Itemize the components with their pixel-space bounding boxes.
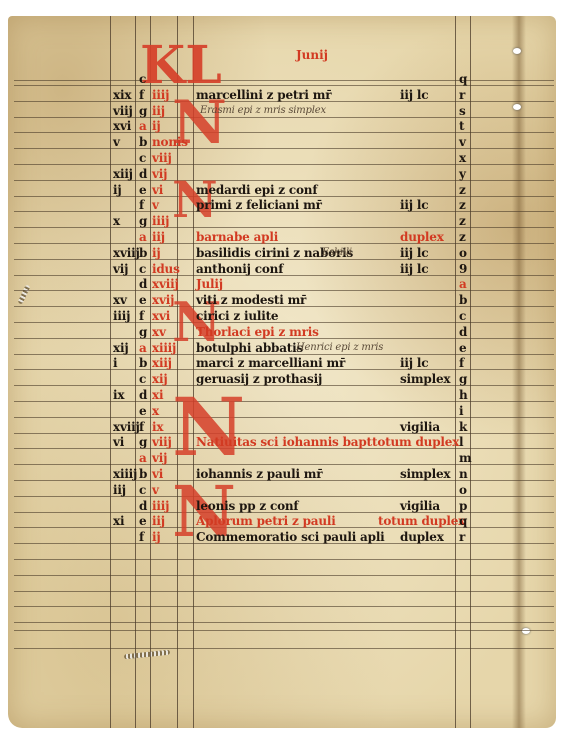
letter-column: q xyxy=(459,72,467,86)
roman-date: x xyxy=(152,404,159,418)
golden-number: i xyxy=(113,356,117,370)
dominical-letter: a xyxy=(139,451,147,465)
ruling-line xyxy=(14,622,554,623)
feast-rank: iij lc xyxy=(400,356,428,370)
ruling-line xyxy=(14,180,554,181)
golden-number: ij xyxy=(113,183,122,197)
binding-hole xyxy=(513,104,521,110)
feast-entry: Julij xyxy=(196,277,223,291)
ruling-line xyxy=(14,322,554,323)
roman-date: vij xyxy=(152,451,167,465)
dominical-letter: e xyxy=(139,293,146,307)
roman-date: ij xyxy=(152,119,161,133)
letter-column: h xyxy=(459,388,468,402)
binding-hole xyxy=(513,48,521,54)
dominical-letter: e xyxy=(139,183,146,197)
ruling-line xyxy=(14,559,554,560)
roman-date: v xyxy=(152,483,159,497)
dominical-letter: b xyxy=(139,467,147,481)
ruling-line xyxy=(14,496,554,497)
dominical-letter: b xyxy=(139,135,147,149)
letter-column: z xyxy=(459,214,466,228)
ruling-line xyxy=(14,80,554,81)
letter-column: b xyxy=(459,293,467,307)
letter-column: m xyxy=(459,451,472,465)
roman-date: xi xyxy=(152,388,163,402)
feast-entry: iohannis z pauli mr̄ xyxy=(196,467,322,481)
dominical-letter: g xyxy=(139,435,147,449)
letter-column: q xyxy=(459,514,467,528)
decorated-initial: N xyxy=(172,380,245,474)
roman-date: iij xyxy=(152,104,165,118)
ruling-line xyxy=(14,132,554,133)
letter-column: p xyxy=(459,499,467,513)
feast-entry: Commemoratio sci pauli apli xyxy=(196,530,385,544)
letter-column: s xyxy=(459,104,466,118)
feast-entry: marcellini z petri mr̄ xyxy=(196,88,331,102)
golden-number: iiij xyxy=(113,309,130,323)
ruling-line xyxy=(135,16,136,728)
roman-date: vij xyxy=(152,167,167,181)
letter-column: o xyxy=(459,483,467,497)
golden-number: vij xyxy=(113,262,128,276)
roman-date: ij xyxy=(152,530,161,544)
ruling-line xyxy=(14,630,554,631)
roman-date: viij xyxy=(152,435,172,449)
ruling-line xyxy=(14,417,554,418)
ruling-line xyxy=(14,243,554,244)
golden-number: xv xyxy=(113,293,127,307)
dominical-letter: c xyxy=(139,151,146,165)
dominical-letter: a xyxy=(139,230,147,244)
letter-column: o xyxy=(459,246,467,260)
feast-rank: iij lc xyxy=(400,198,428,212)
dominical-letter: e xyxy=(139,514,146,528)
ruling-line xyxy=(14,575,554,576)
feast-rank: iij lc xyxy=(400,88,428,102)
letter-column: c xyxy=(459,309,466,323)
dominical-letter: b xyxy=(139,356,147,370)
dominical-letter: d xyxy=(139,277,147,291)
roman-date: idus xyxy=(152,262,180,276)
ruling-line xyxy=(14,433,554,434)
golden-number: xix xyxy=(113,88,131,102)
dominical-letter: c xyxy=(139,372,146,386)
dominical-letter: f xyxy=(139,309,144,323)
kl-initial: KL xyxy=(140,40,222,92)
dominical-letter: d xyxy=(139,499,147,513)
ruling-line xyxy=(110,16,111,728)
binding-hole xyxy=(522,628,530,634)
letter-column: e xyxy=(459,341,466,355)
letter-column: a xyxy=(459,277,467,291)
ruling-line xyxy=(14,401,554,402)
ruling-line xyxy=(14,148,554,149)
golden-number: iij xyxy=(113,483,126,497)
marginal-note: Erasmi epi z mris simplex xyxy=(200,104,326,118)
roman-date: vi xyxy=(152,467,163,481)
feast-entry: marci z marcelliani mr̄ xyxy=(196,356,345,370)
dominical-letter: f xyxy=(139,88,144,102)
dominical-letter: f xyxy=(139,420,144,434)
golden-number: x xyxy=(113,214,120,228)
letter-column: v xyxy=(459,135,466,149)
letter-column: y xyxy=(459,167,466,181)
roman-date: ix xyxy=(152,420,163,434)
dominical-letter: c xyxy=(139,483,146,497)
roman-date: iiij xyxy=(152,499,169,513)
golden-number: xviij xyxy=(113,420,140,434)
dominical-letter: g xyxy=(139,104,147,118)
feast-entry: geruasij z prothasij xyxy=(196,372,322,386)
roman-date: viij xyxy=(152,151,172,165)
feast-rank: iij lc xyxy=(400,262,428,276)
feast-rank: totum duplex xyxy=(372,435,459,449)
marginal-note: Henrici epi z mris xyxy=(296,341,383,355)
roman-date: xv xyxy=(152,325,166,339)
month-heading: Junij xyxy=(296,48,328,62)
golden-number: ix xyxy=(113,388,124,402)
ruling-line xyxy=(14,591,554,592)
feast-entry: Thorlaci epi z mris xyxy=(196,325,319,339)
feast-rank: iij lc xyxy=(400,246,428,260)
dominical-letter: d xyxy=(139,167,147,181)
letter-column: n xyxy=(459,467,468,481)
dominical-letter: f xyxy=(139,198,144,212)
golden-number: xi xyxy=(113,514,124,528)
dominical-letter: b xyxy=(139,246,147,260)
dominical-letter: f xyxy=(139,530,144,544)
ruling-line xyxy=(14,606,554,607)
feast-entry: viti z modesti mr̄ xyxy=(196,293,306,307)
dominical-letter: a xyxy=(139,341,147,355)
feast-entry: Aplorum petri z pauli xyxy=(196,514,336,528)
feast-entry: barnabe apli xyxy=(196,230,278,244)
ruling-line xyxy=(470,16,471,728)
dominical-letter: a xyxy=(139,119,147,133)
roman-date: ij xyxy=(152,246,161,260)
letter-column: x xyxy=(459,151,466,165)
roman-date: vi xyxy=(152,183,163,197)
letter-column: i xyxy=(459,404,463,418)
ruling-line xyxy=(14,648,554,649)
letter-column: z xyxy=(459,230,466,244)
roman-date: xiiij xyxy=(152,341,176,355)
letter-column: g xyxy=(459,372,467,386)
marginal-note: Eskilli xyxy=(322,246,352,260)
letter-column: l xyxy=(459,435,463,449)
letter-column: t xyxy=(459,119,464,133)
roman-date: iij xyxy=(152,514,165,528)
roman-date: iiij xyxy=(152,214,169,228)
letter-column: r xyxy=(459,88,465,102)
roman-date: xvij xyxy=(152,293,174,307)
dominical-letter: c xyxy=(139,72,146,86)
letter-column: r xyxy=(459,530,465,544)
letter-column: z xyxy=(459,198,466,212)
roman-date: iij xyxy=(152,230,165,244)
letter-column: d xyxy=(459,325,467,339)
golden-number: viij xyxy=(113,104,133,118)
letter-column: f xyxy=(459,356,464,370)
feast-rank: vigilia xyxy=(400,499,440,513)
dominical-letter: g xyxy=(139,214,147,228)
ruling-line xyxy=(14,164,554,165)
ruling-line xyxy=(14,290,554,291)
roman-date: xviij xyxy=(152,277,179,291)
golden-number: xiiij xyxy=(113,467,137,481)
feast-entry: primi z feliciani mr̄ xyxy=(196,198,322,212)
ruling-line xyxy=(14,275,554,276)
roman-date: xvi xyxy=(152,309,170,323)
letter-column: k xyxy=(459,420,467,434)
feast-entry: Natiuitas sci iohannis bapt xyxy=(196,435,372,449)
golden-number: xij xyxy=(113,341,128,355)
feast-entry: cirici z iulite xyxy=(196,309,278,323)
golden-number: v xyxy=(113,135,120,149)
ruling-line xyxy=(455,16,456,728)
feast-rank: totum duplex xyxy=(378,514,465,528)
roman-date: xij xyxy=(152,372,167,386)
feast-rank: duplex xyxy=(400,530,444,544)
golden-number: vi xyxy=(113,435,124,449)
ruling-line xyxy=(14,85,554,86)
feast-rank: vigilia xyxy=(400,420,440,434)
ruling-line xyxy=(14,464,554,465)
roman-date: v xyxy=(152,198,159,212)
feast-rank: simplex xyxy=(400,467,450,481)
feast-entry: botulphi abbatis xyxy=(196,341,303,355)
letter-column: 9 xyxy=(459,262,467,276)
ruling-line xyxy=(150,16,151,728)
roman-date: iiij xyxy=(152,88,169,102)
dominical-letter: g xyxy=(139,325,147,339)
golden-number: xviij xyxy=(113,246,140,260)
feast-rank: simplex xyxy=(400,372,450,386)
roman-date: nonis xyxy=(152,135,188,149)
dominical-letter: d xyxy=(139,388,147,402)
feast-rank: duplex xyxy=(400,230,444,244)
golden-number: xiij xyxy=(113,167,133,181)
letter-column: z xyxy=(459,183,466,197)
feast-entry: anthonij conf xyxy=(196,262,283,276)
feast-entry: medardi epi z conf xyxy=(196,183,317,197)
dominical-letter: c xyxy=(139,262,146,276)
golden-number: xvi xyxy=(113,119,131,133)
roman-date: xiij xyxy=(152,356,172,370)
feast-entry: leonis pp z conf xyxy=(196,499,298,513)
ruling-line xyxy=(14,227,554,228)
binding-gutter xyxy=(512,16,526,728)
dominical-letter: e xyxy=(139,404,146,418)
